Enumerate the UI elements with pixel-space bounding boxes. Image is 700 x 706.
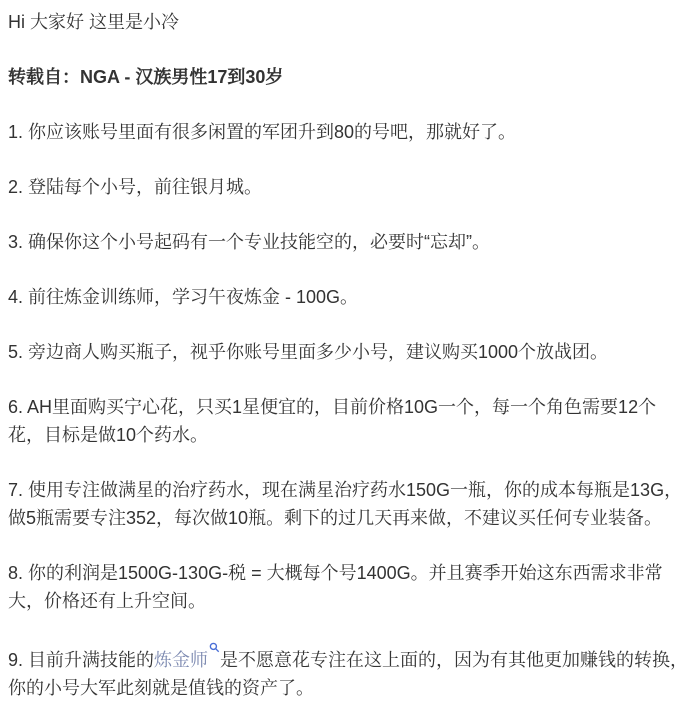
list-item-7: 7. 使用专注做满星的治疗药水，现在满星治疗药水150G一瓶，你的成本每瓶是13…: [8, 476, 690, 532]
source-heading: 转载自：NGA - 汉族男性17到30岁: [8, 63, 690, 91]
list-item-4: 4. 前往炼金训练师，学习午夜炼金 - 100G。: [8, 283, 690, 311]
list-item-9: 9. 目前升满技能的炼金师是不愿意花专注在这上面的，因为有其他更加赚钱的转换，你…: [8, 642, 690, 702]
list-item-1: 1. 你应该账号里面有很多闲置的军团升到80的号吧，那就好了。: [8, 118, 690, 146]
article-body: Hi 大家好 这里是小冷 转载自：NGA - 汉族男性17到30岁 1. 你应该…: [0, 0, 700, 706]
list-item-5: 5. 旁边商人购买瓶子，视乎你账号里面多少小号，建议购买1000个放战团。: [8, 338, 690, 366]
alchemist-keyword-label: 炼金师: [154, 650, 208, 670]
search-icon: [208, 646, 220, 663]
list-item-6: 6. AH里面购买宁心花，只买1星便宜的，目前价格10G一个，每一个角色需要12…: [8, 393, 690, 449]
intro-line: Hi 大家好 这里是小冷: [8, 8, 690, 36]
alchemist-keyword-link[interactable]: 炼金师: [154, 650, 220, 670]
list-item-8: 8. 你的利润是1500G-130G-税 = 大概每个号1400G。并且赛季开始…: [8, 559, 690, 615]
list-item-3: 3. 确保你这个小号起码有一个专业技能空的，必要时“忘却”。: [8, 228, 690, 256]
list-item-9-text: 9. 目前升满技能的: [8, 650, 154, 670]
list-item-2: 2. 登陆每个小号，前往银月城。: [8, 173, 690, 201]
